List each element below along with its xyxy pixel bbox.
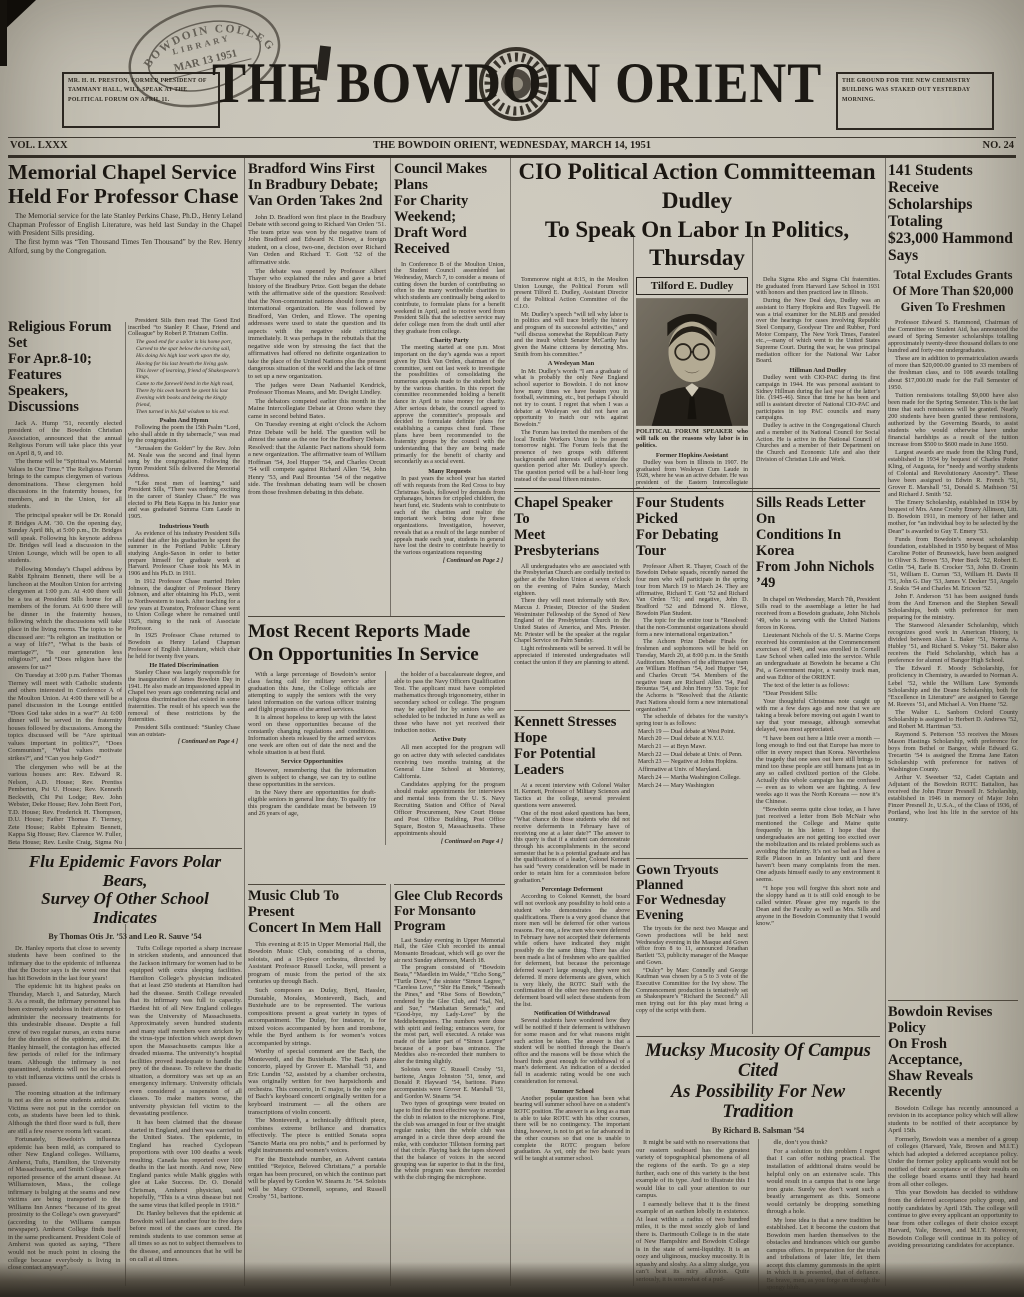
paragraph: For a solution to this problem I regret … (767, 1148, 881, 1216)
headline-kennett: Kennett Stresses HopeFor Potential Leade… (514, 715, 630, 779)
paragraph: Professor Edward S. Hammond, Chairman of… (888, 319, 1018, 354)
paragraph: In Conference B of the Moulton Union, th… (394, 262, 505, 336)
headline-glee-club: Glee Club RecordsFor Monsanto Program (394, 889, 505, 934)
headline-scholarships: 141 Students ReceiveScholarships Totalin… (888, 162, 1018, 264)
paragraph: Mr. Dudley’s speech “will tell why labor… (514, 312, 628, 359)
paragraph: March 19 — Dual debate at West Point. (636, 729, 748, 736)
paragraph: This evening at 8:15 in Upper Memorial H… (248, 941, 386, 986)
paragraph: There they will meet informally with Rev… (514, 598, 630, 645)
paragraph: The rooming situation at the infirmary i… (8, 1090, 121, 1135)
photo-column: Tilford E. Dudley (636, 277, 748, 492)
paragraph: Light refreshments will be served. It wi… (514, 646, 630, 666)
paragraph: Two types of groupings were treated on t… (394, 1101, 505, 1181)
article-council-plans: Council Makes PlansFor Charity Weekend;D… (394, 162, 505, 614)
paragraph: In chapel on Wednesday, March 7th, Presi… (756, 596, 880, 631)
section-subhead: Percentage Deferment (514, 886, 630, 893)
paragraph: Dr. Hanley believes that the epidemic at… (130, 1210, 243, 1263)
paragraph: Dr. Hanley reports that close to seventy… (8, 945, 121, 983)
paragraph: Tuition remissions totalling $9,000 have… (888, 392, 1018, 448)
article-glee-club: Glee Club RecordsFor Monsanto Program La… (394, 884, 505, 1293)
headline-chapel-speaker: Chapel Speaker ToMeet Presbyterians (514, 496, 630, 560)
article-scholarships: 141 Students ReceiveScholarships Totalin… (888, 162, 1018, 996)
paragraph: All men accepted for the program will go… (394, 744, 505, 779)
paragraph: This year Bowdoin has decided to withdra… (888, 1189, 1018, 1249)
paragraph: Arthur V. Sweetser ’52, Cadet Captain an… (888, 774, 1018, 823)
paragraph: It has been claimed that the disease sta… (130, 1119, 243, 1209)
article-body: President Sills then read The Good End i… (128, 318, 240, 746)
headline-council-plans: Council Makes PlansFor Charity Weekend;D… (394, 162, 505, 258)
section-subhead: Many Requests (394, 468, 505, 475)
paragraph: Jack A. Hump ’51, recently elected presi… (8, 420, 122, 458)
paragraph: In 1925 Professor Chase returned to Bowd… (128, 633, 240, 660)
paragraph: Evening with books and being the kingly … (136, 395, 240, 407)
paragraph: Another popular question has been what b… (514, 1096, 630, 1163)
column-rule (510, 158, 511, 1286)
article-body: Last Sunday evening in Upper Memorial Ha… (394, 938, 505, 1182)
paragraph: On Tuesday at 3:00 p.m. Father Thomas Ti… (8, 672, 122, 762)
paragraph: According to Colonel Kennett, the board … (514, 894, 630, 1008)
article-religious-forum: Religious Forum SetFor Apr.8-10; Feature… (8, 320, 122, 846)
paragraph: March 24 — Mary Washington (636, 783, 748, 790)
paragraph: Largest awards are made from the Kling F… (888, 449, 1018, 498)
paragraph: March 22 — Dual debate at Univ. of Penn. (636, 752, 748, 759)
paragraph: Formerly, Bowdoin was a member of a grou… (888, 1136, 1018, 1189)
article-body: Professor Albert R. Thayer, Coach of the… (636, 564, 748, 790)
paragraph: All undergraduates who are associated wi… (514, 564, 630, 598)
article-lede: The Memorial service for the late Stanle… (8, 212, 242, 255)
paragraph: These are in addition to prematriculatio… (888, 355, 1018, 390)
paragraph: Bowdoin College has recently announced a… (888, 1105, 1018, 1135)
nameplate: THE BOWDOIN ORIENT (212, 44, 818, 126)
paragraph: In the Navy there are opportunities for … (248, 789, 376, 817)
deck-scholarships: Total Excludes GrantsOf More Than $20,00… (888, 268, 1018, 315)
paragraph: “Bowdoin seems quite close today, as I h… (756, 806, 880, 884)
column-rule (390, 884, 391, 1286)
dateline-bar: THE BOWDOIN ORIENT, WEDNESDAY, MARCH 14,… (8, 137, 1016, 158)
scan-edge-mark (0, 0, 7, 66)
article-body-col: Tufts College reported a sharp increase … (130, 945, 243, 1264)
paragraph: Having for his last breath the living ga… (136, 361, 240, 367)
section-subhead: Active Duty (394, 736, 505, 743)
paragraph: President Sills then read The Good End i… (128, 318, 240, 338)
paragraph: John F. Anderson ’51 has been assigned f… (888, 593, 1018, 621)
paragraph: Fortunately, Bowdoin’s influenza epidemi… (8, 1136, 121, 1272)
paragraph: Following Monday’s Chapel address by Rab… (8, 566, 122, 671)
article-body: In Conference B of the Moulton Union, th… (394, 262, 505, 565)
article-music-club: Music Club To PresentConcert In Mem Hall… (248, 884, 386, 1293)
paragraph: Such composers as Dufay, Byrd, Hassler, … (248, 987, 386, 1047)
continued-note: [ Continued on Page 4 ] (128, 739, 238, 746)
headline-debating-tour: Four Students PickedFor Debating Tour (636, 496, 748, 560)
paragraph: Following the poem the 15th Psalm “Lord,… (128, 425, 240, 445)
paragraph: “Jerusalem the Golden” by the Rev. John … (128, 446, 240, 480)
article-body: All undergraduates who are associated wi… (514, 564, 630, 667)
paragraph: Tommorow night at 8:15, in the Moulton U… (514, 277, 628, 311)
continued-note: [ Continued on Page 2 ] (394, 558, 503, 565)
nameplate-title: THE BOWDOIN ORIENT (212, 39, 818, 129)
paragraph: Dudley is active in the Congregational C… (756, 423, 880, 463)
column-rule (244, 158, 245, 1286)
paragraph: His doing his high last work upon the sk… (136, 353, 240, 359)
paragraph: The first hymn was “Ten Thousand Times T… (8, 238, 242, 255)
paragraph: There by his own hearth he spent his las… (136, 388, 240, 394)
paragraph: At a recent interview with Colonel Walte… (514, 783, 630, 810)
article-kennett: Kennett Stresses HopeFor Potential Leade… (514, 710, 630, 1293)
paragraph: Lieutenant Nichols of the U. S. Marine C… (756, 632, 880, 681)
section-subhead: Psalm And Hymn (128, 417, 240, 424)
column-rule (125, 322, 126, 846)
article-frosh-policy: Bowdoin Revises PolicyOn Frosh Acceptanc… (888, 1000, 1018, 1293)
article-body: Jack A. Hump ’51, recently elected presi… (8, 420, 122, 846)
paragraph: It is almost hopeless to keep up with th… (248, 714, 376, 756)
section-subhead: Former Hopkins Assistant (636, 452, 748, 459)
paragraph: The schedule of debates for the varsity’… (636, 714, 748, 727)
paragraph: March 23 — Negative at Johns Hopkins. (636, 759, 748, 766)
article-memorial-continuation: President Sills then read The Good End i… (128, 318, 240, 846)
paragraph: “Dulcy” by Marc Connelly and George Kauf… (636, 968, 748, 1015)
paragraph: dle, don’t you think? (767, 1139, 881, 1147)
paragraph: This lover of learning, friend of Shakes… (136, 368, 240, 380)
article-debating-tour: Four Students PickedFor Debating Tour Pr… (636, 496, 748, 854)
paragraph: Funds from Bowdoin’s newest scholarship … (888, 536, 1018, 592)
paragraph: Affirmative at Univ. of Maryland. (636, 767, 748, 774)
paragraph: The clergymen who will be at the various… (8, 764, 122, 846)
paragraph: The debators competed earlier this month… (248, 398, 386, 421)
paragraph: The topic for the entire tour is “Resolv… (636, 618, 748, 638)
right-ear-notice: The ground for the new Chemistry Buildin… (836, 72, 994, 130)
article-service-opportunities: Most Recent Reports MadeOn Opportunities… (248, 616, 505, 887)
photo-title: Tilford E. Dudley (636, 277, 748, 295)
paragraph: “I have been out here a little over a mo… (756, 735, 880, 805)
dateline-center: THE BOWDOIN ORIENT, WEDNESDAY, MARCH 14,… (8, 138, 1016, 153)
headline-service-opportunities: Most Recent Reports MadeOn Opportunities… (248, 621, 505, 667)
paragraph: Came to the farewell bend in the high ro… (136, 381, 240, 387)
byline-flu: By Thomas Otis Jr. ’53 and Leo R. Sauve … (8, 932, 242, 941)
headline-gown-tryouts: Gown Tryouts PlannedFor Wednesday Evenin… (636, 863, 748, 922)
article-mucksy-mucosity: Mucksy Mucosity Of Campus CitedAs Possib… (636, 1036, 880, 1293)
paragraph: During the New Deal days, Dudley was an … (756, 298, 880, 365)
section-subhead: Notification Of Withdrawal (514, 1010, 630, 1017)
paragraph: In past years the school year has starte… (394, 476, 505, 556)
headline-memorial-chapel: Memorial Chapel ServiceHeld For Professo… (8, 160, 242, 208)
paragraph: Stanley Chase was largely responsible fo… (128, 670, 240, 724)
issue-number: NO. 24 (983, 138, 1015, 153)
paragraph: Professor Albert R. Thayer, Coach of the… (636, 564, 748, 618)
paragraph: Curved to the spar below the curving sai… (136, 346, 240, 352)
volume-label: VOL. LXXX (10, 138, 68, 153)
byline-mucksy: By Richard B. Salsman ’54 (636, 1126, 880, 1135)
paragraph: Tufts College reported a sharp increase … (130, 945, 243, 1118)
paragraph: March 24 — Martha Washington College. (636, 775, 748, 782)
article-body-col: Dr. Hanley reports that close to seventy… (8, 945, 121, 1273)
headline-music-club: Music Club To PresentConcert In Mem Hall (248, 889, 386, 937)
section-subhead: Summer School (514, 1088, 630, 1095)
article-body: This evening at 8:15 in Upper Memorial H… (248, 941, 386, 1201)
paragraph: In Mr. Dudley’s words “I am a graduate o… (514, 369, 628, 429)
left-ear-notice: Mr. H. H. Preston, former president of T… (62, 72, 220, 128)
paragraph: One of the most asked questions has been… (514, 811, 630, 885)
paragraph: Soloists were C. Russell Crosby ’51, bar… (394, 1067, 505, 1101)
paragraph: the holder of a baccalaureate degree, an… (394, 671, 505, 734)
section-subhead: He Hated Discrimination (128, 662, 240, 669)
column-rule (885, 158, 886, 1286)
paragraph: Worthy of special comment are the Bach, … (248, 1048, 386, 1116)
article-gown-tryouts: Gown Tryouts PlannedFor Wednesday Evenin… (636, 858, 748, 1039)
article-flu-epidemic: Flu Epidemic Favors Polar Bears,Survey O… (8, 848, 242, 1293)
paragraph: John D. Bradford won first place in the … (248, 214, 386, 267)
article-body-col: With a large percentage of Bowdoin’s sen… (248, 671, 376, 818)
paragraph: The debate was opened by Professor Alber… (248, 268, 386, 381)
paragraph: The meeting started at one p.m. Most imp… (394, 345, 505, 466)
paragraph: On Tuesday evening at eight o’clock the … (248, 421, 386, 496)
paragraph: March 20 — Dual debate at N.Y.U. (636, 736, 748, 743)
continued-note: [ Continued on Page 4 ] (394, 838, 503, 845)
article-body: The tryouts for the next two Masque and … (636, 926, 748, 1014)
paragraph: Last Sunday evening in Upper Memorial Ha… (394, 938, 505, 965)
paragraph: The epidemic hit its highest peaks on Th… (8, 983, 121, 1088)
article-bradbury-debate: Bradford Wins FirstIn Bradbury Debate;Va… (248, 162, 386, 614)
article-body: At a recent interview with Colonel Walte… (514, 783, 630, 1163)
paragraph: Your thoughtful Christmas note caught up… (756, 698, 880, 733)
scan-bottom-edge (0, 1262, 1024, 1297)
paragraph: As evidence of his industry President Si… (128, 531, 240, 578)
column-rule (390, 158, 391, 616)
paragraph: The Forum has invited the members of the… (514, 430, 628, 484)
section-subhead: Industrious Youth (128, 523, 240, 530)
paragraph: The Memorial service for the late Stanle… (8, 212, 242, 237)
paragraph: Delta Sigma Rho and Sigma Chi fraterniti… (756, 277, 880, 297)
paragraph: Then turned in his full wisdom to his en… (136, 409, 240, 415)
photo-caption: POLITICAL FORUM SPEAKER who will talk on… (636, 428, 748, 450)
headline-bradbury-debate: Bradford Wins FirstIn Bradbury Debate;Va… (248, 162, 386, 210)
paragraph: The principal speaker will be Dr. Ronald… (8, 512, 122, 565)
paragraph: The Achorn Prize Debate Finals for fresh… (636, 639, 748, 713)
paragraph: The Stanwood Alexander Scholarship, whic… (888, 622, 1018, 664)
article-chapel-speaker: Chapel Speaker ToMeet Presbyterians All … (514, 496, 630, 706)
paragraph: Dudley went with CIO-PAC during its firs… (756, 375, 880, 422)
paragraph: Candidates applying for the program shou… (394, 781, 505, 837)
paragraph: President Sills continued: “Stanley Chas… (128, 725, 240, 738)
paragraph: March 21 — at Bryn Mawr. (636, 744, 748, 751)
headline-religious-forum: Religious Forum SetFor Apr.8-10; Feature… (8, 320, 122, 416)
paragraph: The theme will be “Spiritual vs. Materia… (8, 458, 122, 511)
paragraph: The Walter L. Sanborn Oxford County Scho… (888, 709, 1018, 730)
paragraph: In 1912 Professor Chase married Helen Jo… (128, 579, 240, 633)
newspaper-front-page: BOWDOIN COLLEGE LIBRARY MAR 13 1951 Mr. … (0, 0, 1024, 1297)
paragraph: With a large percentage of Bowdoin’s sen… (248, 671, 376, 713)
article-body: Bowdoin College has recently announced a… (888, 1105, 1018, 1250)
article-body-col: Former Hopkins AssistantDudley was born … (636, 452, 748, 492)
section-subhead: Service Opportunities (248, 758, 376, 765)
paragraph: “I hope you will forgive this short note… (756, 885, 880, 927)
article-body: Professor Edward S. Hammond, Chairman of… (888, 319, 1018, 823)
headline-mucksy-mucosity: Mucksy Mucosity Of Campus CitedAs Possib… (636, 1041, 880, 1122)
paragraph: The text of the letter is as follows: (756, 682, 880, 689)
paragraph: The good end for a sailor is his home po… (136, 339, 240, 345)
paragraph: The tryouts for the next two Masque and … (636, 926, 748, 966)
paragraph: Several students have wondered how they … (514, 1018, 630, 1085)
article-cio-dudley: CIO Political Action Committeeman Dudley… (514, 158, 880, 492)
paragraph: It might be said with no reservations th… (636, 1139, 750, 1199)
article-body-col: Tommorow night at 8:15, in the Moulton U… (514, 277, 628, 485)
article-body-col: Delta Sigma Rho and Sigma Chi fraterniti… (756, 277, 880, 464)
paragraph: The judges were Dean Nathaniel Kendrick,… (248, 382, 386, 397)
article-korea-letter: Sills Reads Letter OnConditions In Korea… (756, 496, 880, 1034)
paragraph: “Dear President Sills: (756, 690, 880, 697)
paragraph: “Like most men of learning,” said Presid… (128, 481, 240, 521)
paragraph: The Monteverdi, a technically difficult … (248, 1117, 386, 1155)
headline-cio-dudley: CIO Political Action Committeeman Dudley… (514, 158, 880, 273)
paragraph: The program consisted of “Bowdoin Beata,… (394, 965, 505, 1066)
article-body-col: the holder of a baccalaureate degree, an… (385, 671, 505, 846)
section-subhead: Charity Party (394, 337, 505, 344)
article-memorial-chapel: Memorial Chapel ServiceHeld For Professo… (8, 160, 242, 316)
dudley-photo (636, 298, 748, 426)
paragraph: Dudley was born in Illinois in 1907. He … (636, 460, 748, 492)
paragraph: Raymond S. Petterson ’53 receives the Mo… (888, 731, 1018, 773)
paragraph: However, remembering that the informatio… (248, 767, 376, 788)
headline-frosh-policy: Bowdoin Revises PolicyOn Frosh Acceptanc… (888, 1005, 1018, 1101)
article-body: In chapel on Wednesday, March 7th, Presi… (756, 596, 880, 927)
section-subhead: Hillman And Dudley (756, 367, 880, 374)
paragraph: For the Buxtehude number, an Advent cant… (248, 1156, 386, 1201)
section-subhead: A Wesleyan Man (514, 360, 628, 367)
article-body: John D. Bradford won first place in the … (248, 214, 386, 497)
headline-korea-letter: Sills Reads Letter OnConditions In Korea… (756, 496, 880, 592)
headline-flu-epidemic: Flu Epidemic Favors Polar Bears,Survey O… (8, 853, 242, 928)
paragraph: The Emery Scholarship, established in 19… (888, 499, 1018, 534)
paragraph: The Edward F. Moody Scholarship, for pro… (888, 665, 1018, 707)
